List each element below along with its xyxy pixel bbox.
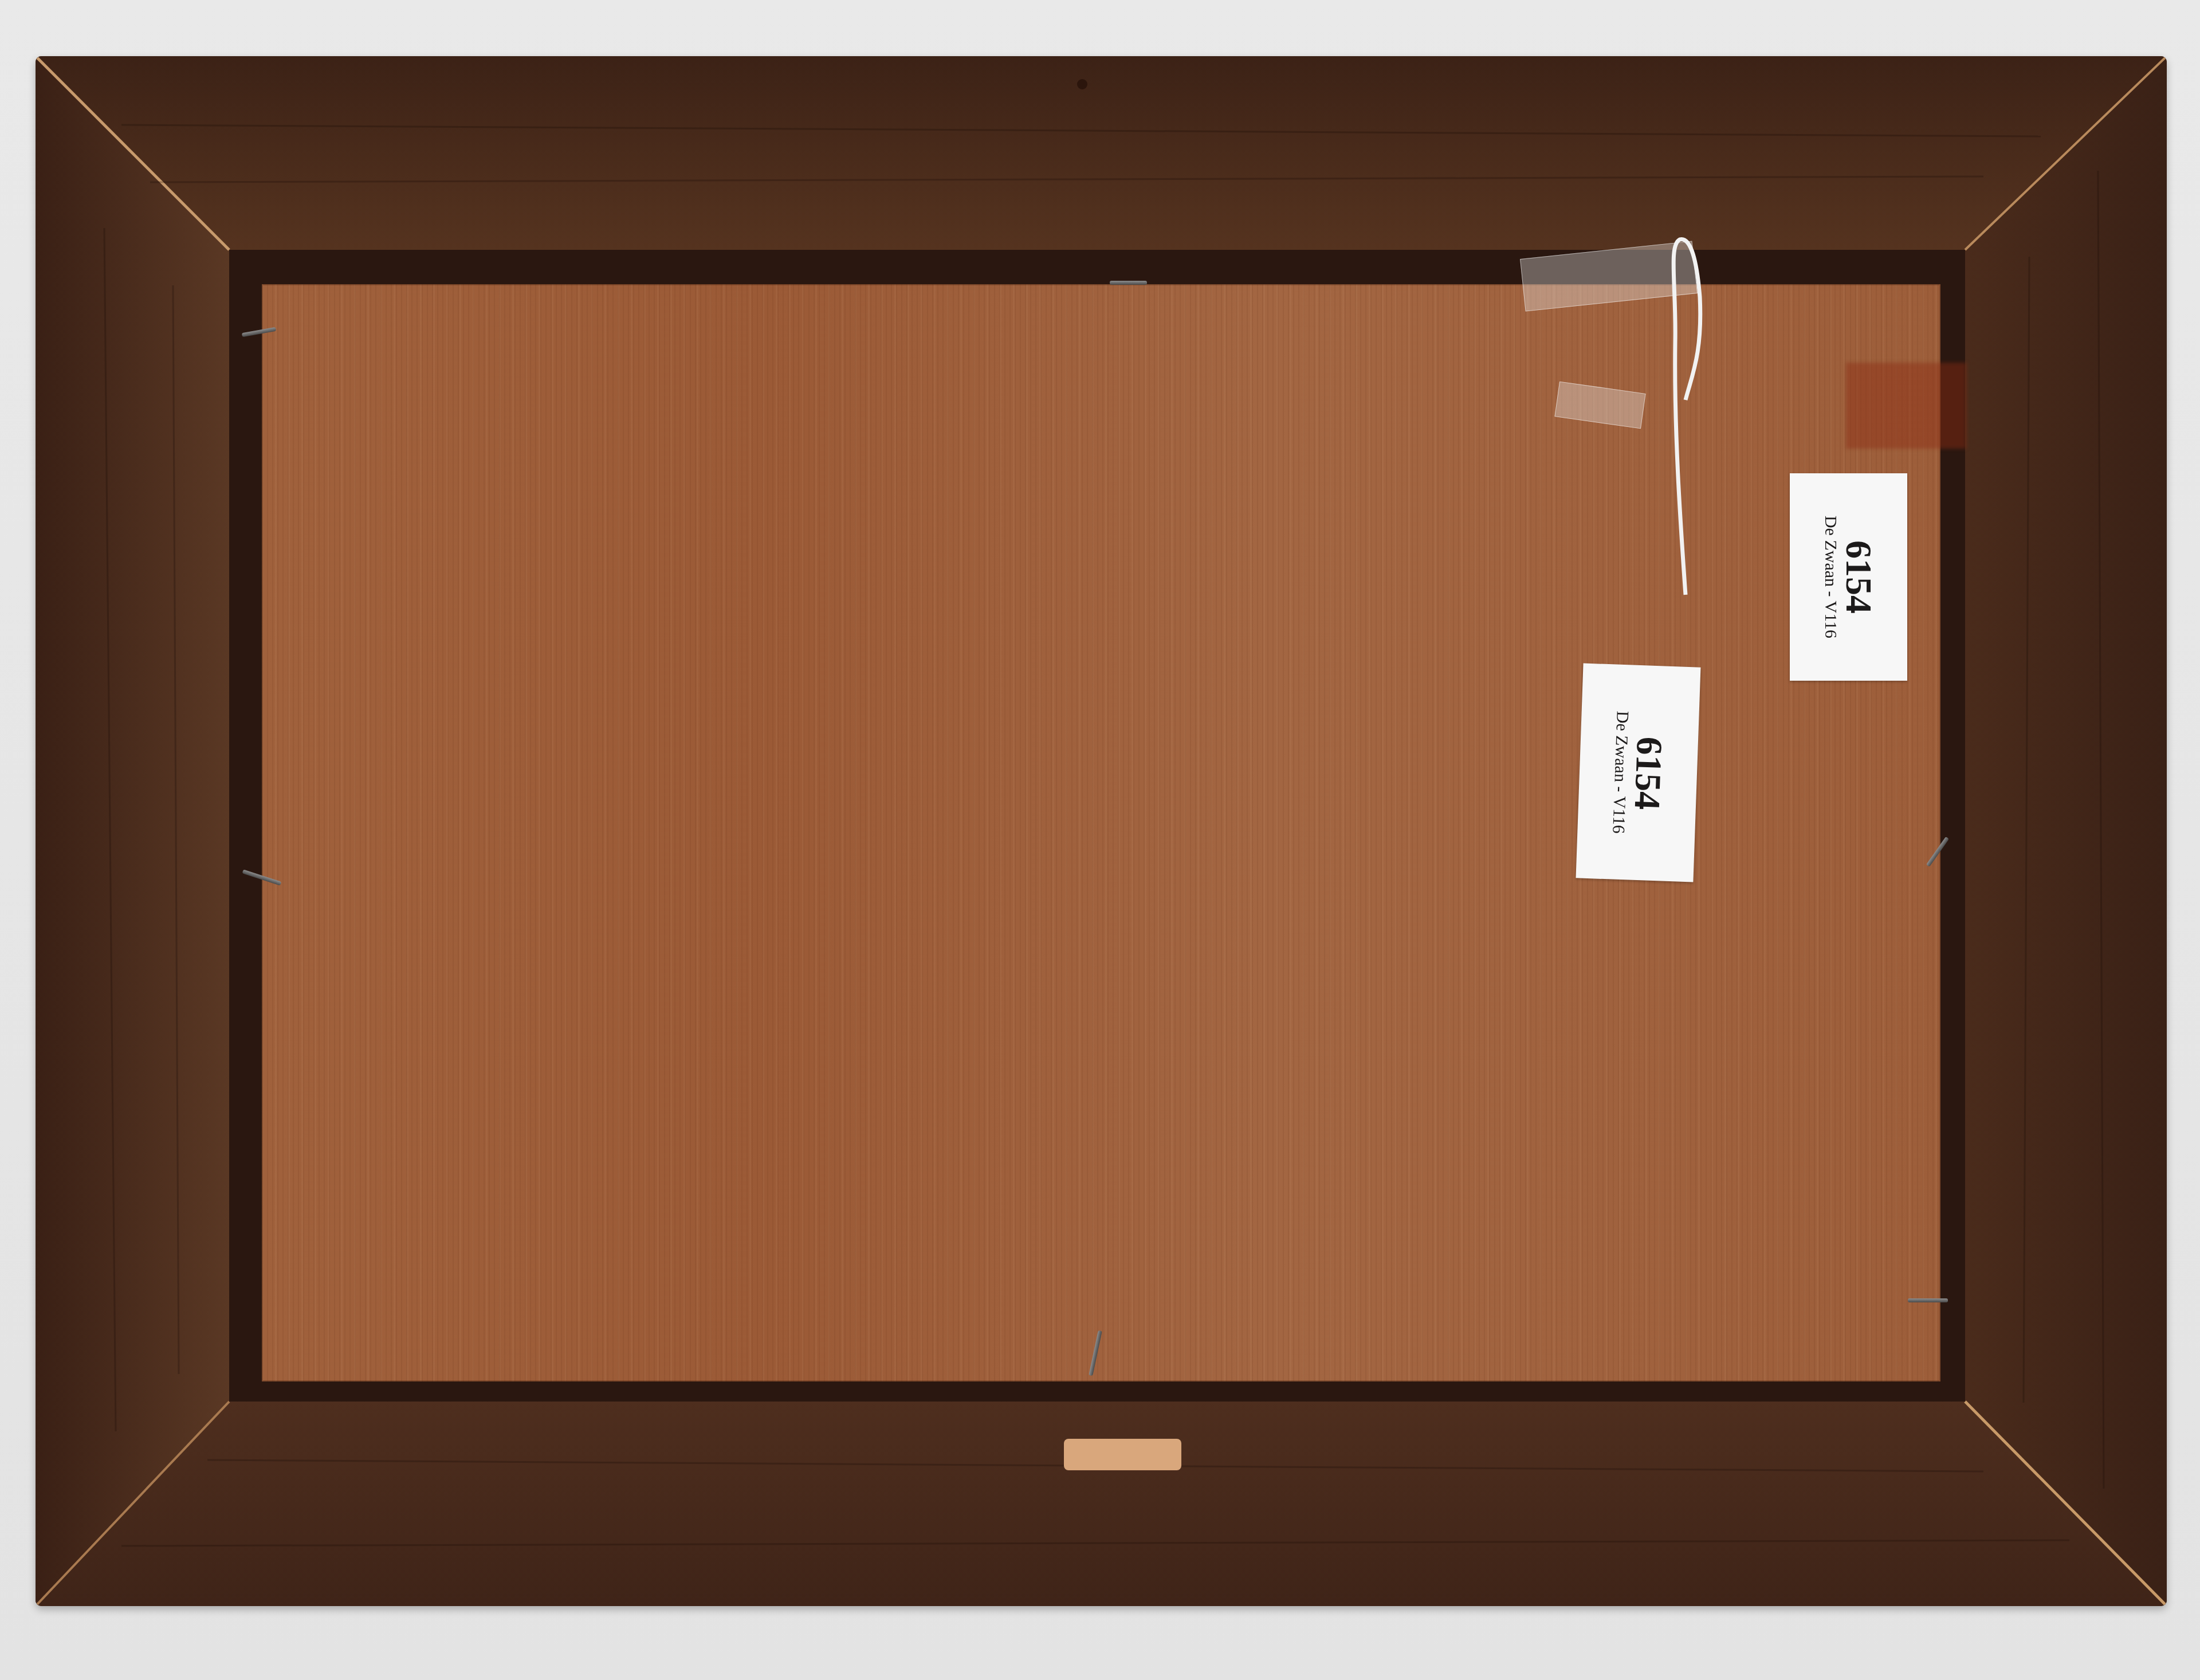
photo-scene: 6154 De Zwaan - V116 6154 De Zwaan - V11… [0, 0, 2200, 1680]
tag-string-icon [36, 56, 2167, 1606]
nail [1908, 1298, 1948, 1302]
wooden-wedge-tab [1064, 1439, 1181, 1470]
nail [1110, 281, 1147, 285]
wooden-frame: 6154 De Zwaan - V116 6154 De Zwaan - V11… [36, 56, 2167, 1606]
